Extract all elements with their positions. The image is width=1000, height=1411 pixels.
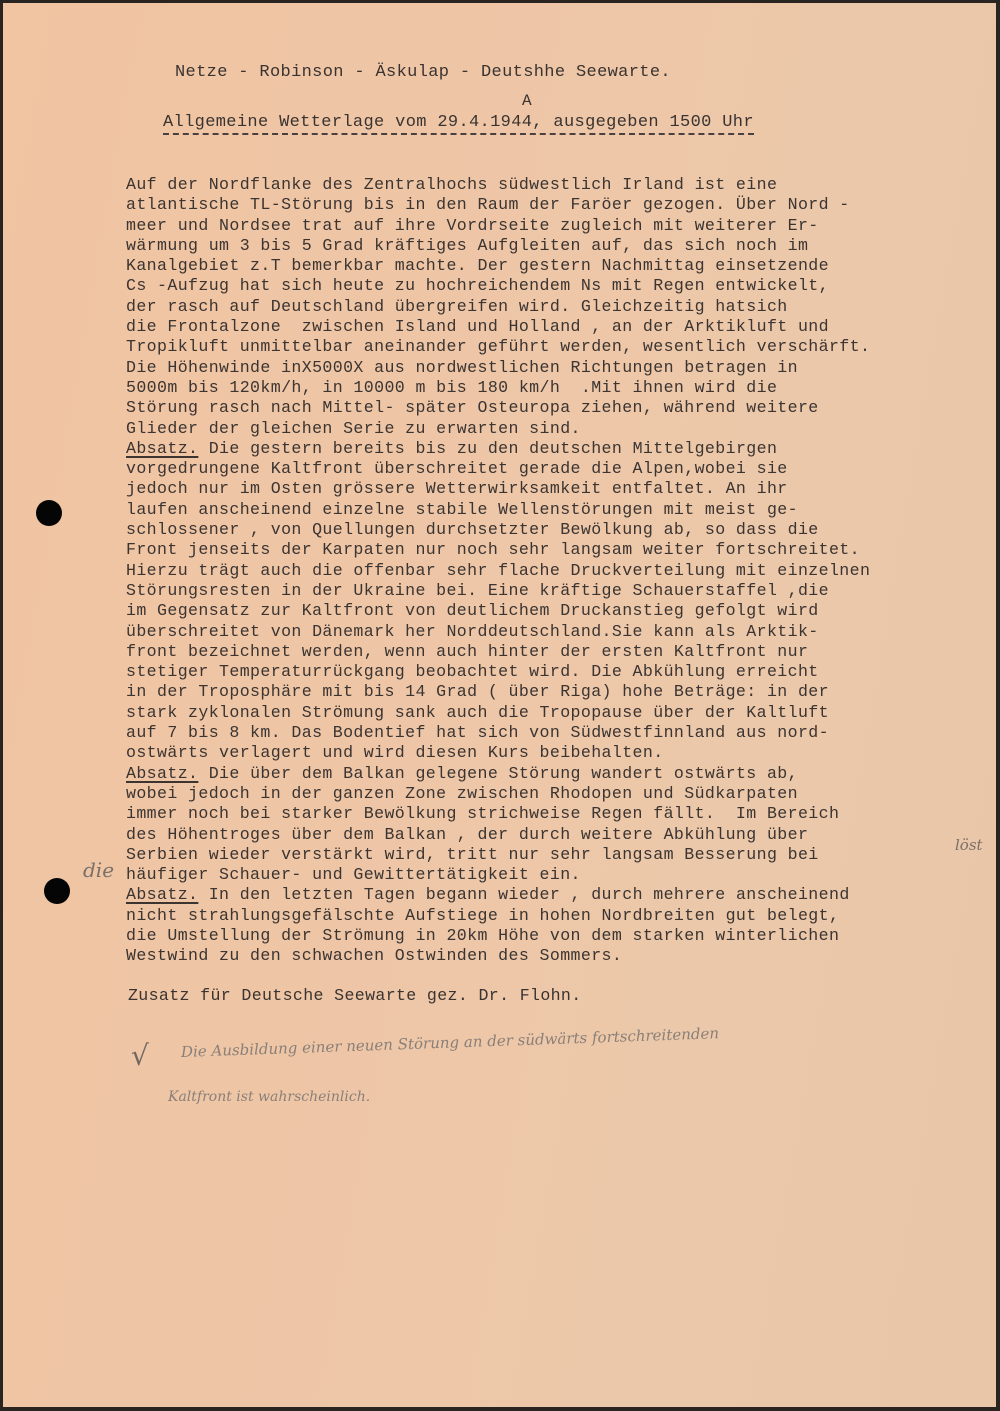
body-line: Absatz. Die gestern bereits bis zu den d… bbox=[126, 439, 870, 459]
body-line: Front jenseits der Karpaten nur noch seh… bbox=[126, 540, 870, 560]
body-line: immer noch bei starker Bewölkung strichw… bbox=[126, 804, 870, 824]
body-line: Glieder der gleichen Serie zu erwarten s… bbox=[126, 419, 870, 439]
handwritten-margin-left: die bbox=[83, 858, 114, 882]
body-line: in der Troposphäre mit bis 14 Grad ( übe… bbox=[126, 682, 870, 702]
body-line: die Umstellung der Strömung in 20km Höhe… bbox=[126, 926, 870, 946]
body-line: Auf der Nordflanke des Zentralhochs südw… bbox=[126, 175, 870, 195]
punch-hole-upper bbox=[36, 500, 62, 526]
body-line: front bezeichnet werden, wenn auch hinte… bbox=[126, 642, 870, 662]
document-header: Netze - Robinson - Äskulap - Deutshhe Se… bbox=[175, 63, 671, 82]
body-line: der rasch auf Deutschland übergreifen wi… bbox=[126, 297, 870, 317]
document-signoff: Zusatz für Deutsche Seewarte gez. Dr. Fl… bbox=[128, 986, 582, 1005]
body-line: Serbien wieder verstärkt wird, tritt nur… bbox=[126, 845, 870, 865]
body-line: jedoch nur im Osten grössere Wetterwirks… bbox=[126, 479, 870, 499]
body-line: ostwärts verlagert und wird diesen Kurs … bbox=[126, 743, 870, 763]
document-marker: A bbox=[522, 92, 532, 110]
body-line: stark zyklonalen Strömung sank auch die … bbox=[126, 703, 870, 723]
body-line: auf 7 bis 8 km. Das Bodentief hat sich v… bbox=[126, 723, 870, 743]
document-subtitle: Allgemeine Wetterlage vom 29.4.1944, aus… bbox=[163, 113, 754, 135]
body-line: wärmung um 3 bis 5 Grad kräftiges Aufgle… bbox=[126, 236, 870, 256]
body-line: laufen anscheinend einzelne stabile Well… bbox=[126, 500, 870, 520]
body-line: schlossener , von Quellungen durchsetzte… bbox=[126, 520, 870, 540]
check-mark-icon: √ bbox=[131, 1039, 149, 1072]
body-line: die Frontalzone zwischen Island und Holl… bbox=[126, 317, 870, 337]
handwritten-note-line-1: Die Ausbildung einer neuen Störung an de… bbox=[181, 1024, 720, 1061]
body-line: häufiger Schauer- und Gewittertätigkeit … bbox=[126, 865, 870, 885]
body-line: Störungsresten in der Ukraine bei. Eine … bbox=[126, 581, 870, 601]
body-line: nicht strahlungsgefälschte Aufstiege in … bbox=[126, 906, 870, 926]
body-line: wobei jedoch in der ganzen Zone zwischen… bbox=[126, 784, 870, 804]
body-line: Hierzu trägt auch die offenbar sehr flac… bbox=[126, 561, 870, 581]
handwritten-note-line-2: Kaltfront ist wahrscheinlich. bbox=[168, 1089, 370, 1105]
body-line: Kanalgebiet z.T bemerkbar machte. Der ge… bbox=[126, 256, 870, 276]
body-line: atlantische TL-Störung bis in den Raum d… bbox=[126, 195, 870, 215]
paragraph-marker: Absatz. bbox=[126, 885, 198, 904]
punch-hole-lower bbox=[44, 878, 70, 904]
body-line: Westwind zu den schwachen Ostwinden des … bbox=[126, 946, 870, 966]
body-line: stetiger Temperaturrückgang beobachtet w… bbox=[126, 662, 870, 682]
document-page: Netze - Robinson - Äskulap - Deutshhe Se… bbox=[3, 3, 996, 1407]
body-line: überschreitet von Dänemark her Norddeuts… bbox=[126, 622, 870, 642]
body-line: Absatz. Die über dem Balkan gelegene Stö… bbox=[126, 764, 870, 784]
paragraph-marker: Absatz. bbox=[126, 764, 198, 783]
body-line: meer und Nordsee trat auf ihre Vordrseit… bbox=[126, 216, 870, 236]
body-line: Cs -Aufzug hat sich heute zu hochreichen… bbox=[126, 276, 870, 296]
handwritten-margin-right: löst bbox=[955, 836, 983, 854]
body-line: Störung rasch nach Mittel- später Osteur… bbox=[126, 398, 870, 418]
body-line: im Gegensatz zur Kaltfront von deutliche… bbox=[126, 601, 870, 621]
document-body: Auf der Nordflanke des Zentralhochs südw… bbox=[126, 175, 870, 967]
body-line: Tropikluft unmittelbar aneinander geführ… bbox=[126, 337, 870, 357]
body-line: Die Höhenwinde inX5000X aus nordwestlich… bbox=[126, 358, 870, 378]
body-line: des Höhentroges über dem Balkan , der du… bbox=[126, 825, 870, 845]
body-line: vorgedrungene Kaltfront überschreitet ge… bbox=[126, 459, 870, 479]
body-line: Absatz. In den letzten Tagen begann wied… bbox=[126, 885, 870, 905]
body-line: 5000m bis 120km/h, in 10000 m bis 180 km… bbox=[126, 378, 870, 398]
paragraph-marker: Absatz. bbox=[126, 439, 198, 458]
